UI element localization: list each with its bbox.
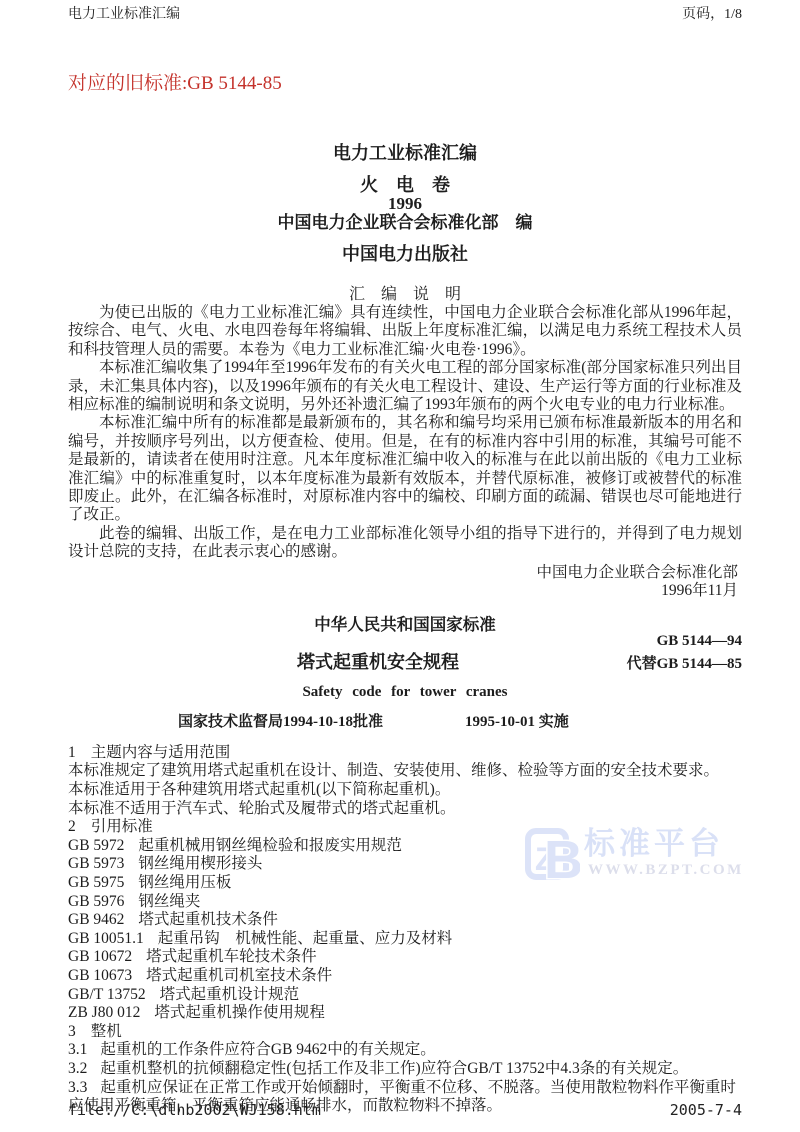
- section-heading-row: 3整机: [68, 1023, 742, 1042]
- reference-item: GB 5976钢丝绳夹: [68, 893, 742, 912]
- approval-row: 国家技术监督局1994-10-18批准 1995-10-01 实施: [68, 714, 742, 731]
- signature-org: 中国电力企业联合会标准化部: [68, 564, 738, 583]
- standard-header: 中华人民共和国国家标准 GB 5144—94 塔式起重机安全规程 代替GB 51…: [68, 615, 742, 731]
- ref-code: GB 10672: [68, 948, 132, 965]
- ref-code: GB 5973: [68, 855, 124, 872]
- reference-item: GB 5973钢丝绳用楔形接头: [68, 855, 742, 874]
- section-heading: 引用标准: [91, 818, 153, 835]
- section-line: 本标准规定了建筑用塔式起重机在设计、制造、安装使用、维修、检验等方面的安全技术要…: [68, 762, 742, 781]
- ref-title: 起重吊钩 机械性能、起重量、应力及材料: [158, 930, 453, 947]
- ref-title: 钢丝绳用楔形接头: [138, 855, 262, 872]
- ref-title: 钢丝绳夹: [138, 893, 200, 910]
- implementation-note: 1995-10-01 实施: [465, 714, 569, 731]
- reference-item: GB 5972起重机械用钢丝绳检验和报废实用规范: [68, 837, 742, 856]
- clause-item: 3.3起重机应保证在正常工作或开始倾翻时，平衡重不位移、不脱落。当使用散粒物料作…: [68, 1079, 742, 1116]
- ref-code: GB 9462: [68, 911, 124, 928]
- section-heading: 主题内容与适用范围: [91, 744, 231, 761]
- volume-title: 火 电 卷: [68, 175, 742, 195]
- ref-code: GB 5975: [68, 874, 124, 891]
- section-heading-row: 1主题内容与适用范围: [68, 744, 742, 763]
- ref-code: GB 10673: [68, 967, 132, 984]
- standard-replaces: 代替GB 5144—85: [627, 655, 742, 674]
- section-heading: 整机: [91, 1023, 122, 1040]
- edition-year: 1996: [68, 195, 742, 213]
- clause-item: 3.2起重机整机的抗倾翻稳定性(包括工作及非工作)应符合GB/T 13752中4…: [68, 1060, 742, 1079]
- clause-item: 3.1起重机的工作条件应符合GB 9462中的有关规定。: [68, 1041, 742, 1060]
- compilation-paragraph: 本标准汇编收集了1994年至1996年发布的有关火电工程的部分国家标准(部分国家…: [68, 359, 742, 414]
- ref-code: ZB J80 012: [68, 1004, 140, 1021]
- document-body: 电力工业标准汇编 火 电 卷 1996 中国电力企业联合会标准化部 编 中国电力…: [68, 138, 742, 1116]
- reference-item: ZB J80 012塔式起重机操作使用规程: [68, 1004, 742, 1023]
- document-page: 电力工业标准汇编 页码，1/8 对应的旧标准:GB 5144-85 电力工业标准…: [0, 0, 800, 1132]
- section-heading-row: 2引用标准: [68, 818, 742, 837]
- reference-item: GB 10672塔式起重机车轮技术条件: [68, 948, 742, 967]
- section-number: 1: [68, 744, 76, 761]
- ref-code: GB 5972: [68, 837, 124, 854]
- reference-item: GB 5975钢丝绳用压板: [68, 874, 742, 893]
- running-header: 电力工业标准汇编 页码，1/8: [68, 6, 742, 24]
- clause-number: 3.2: [68, 1060, 87, 1077]
- standard-title-row: 塔式起重机安全规程 代替GB 5144—85: [68, 652, 742, 674]
- signature-block: 中国电力企业联合会标准化部 1996年11月: [68, 564, 742, 601]
- signature-date: 1996年11月: [68, 582, 738, 601]
- compilation-paragraph: 为使已出版的《电力工业标准汇编》具有连续性，中国电力企业联合会标准化部从1996…: [68, 304, 742, 359]
- clause-number: 3.3: [68, 1079, 87, 1096]
- reference-item: GB 10673塔式起重机司机室技术条件: [68, 967, 742, 986]
- editor-line: 中国电力企业联合会标准化部 编: [68, 213, 742, 233]
- publisher: 中国电力出版社: [68, 244, 742, 264]
- ref-title: 塔式起重机操作使用规程: [154, 1004, 325, 1021]
- standard-title-cn: 塔式起重机安全规程: [297, 652, 459, 673]
- reference-item: GB 9462塔式起重机技术条件: [68, 911, 742, 930]
- page-number: 页码，1/8: [682, 6, 742, 24]
- compilation-paragraph: 本标准汇编中所有的标准都是最新颁布的，其名称和编号均采用已颁布标准最新版本的用名…: [68, 414, 742, 524]
- header-title: 电力工业标准汇编: [68, 6, 180, 24]
- old-standard-note: 对应的旧标准:GB 5144-85: [68, 72, 282, 96]
- ref-title: 塔式起重机司机室技术条件: [146, 967, 332, 984]
- ref-title: 塔式起重机车轮技术条件: [146, 948, 317, 965]
- section-line: 本标准不适用于汽车式、轮胎式及履带式的塔式起重机。: [68, 800, 742, 819]
- clause-number: 3.1: [68, 1041, 87, 1058]
- reference-item: GB 10051.1起重吊钩 机械性能、起重量、应力及材料: [68, 930, 742, 949]
- standard-sections: 1主题内容与适用范围 本标准规定了建筑用塔式起重机在设计、制造、安装使用、维修、…: [68, 744, 742, 1116]
- ref-title: 塔式起重机技术条件: [138, 911, 278, 928]
- standard-code: GB 5144—94: [68, 633, 742, 650]
- clause-text: 起重机应保证在正常工作或开始倾翻时，平衡重不位移、不脱落。当使用散粒物料作平衡重…: [68, 1079, 736, 1115]
- section-number: 2: [68, 818, 76, 835]
- clause-text: 起重机整机的抗倾翻稳定性(包括工作及非工作)应符合GB/T 13752中4.3条…: [100, 1060, 688, 1077]
- section-line: 本标准适用于各种建筑用塔式起重机(以下简称起重机)。: [68, 781, 742, 800]
- ref-title: 钢丝绳用压板: [138, 874, 231, 891]
- series-title: 电力工业标准汇编: [68, 143, 742, 163]
- ref-code: GB 10051.1: [68, 930, 144, 947]
- approval-note: 国家技术监督局1994-10-18批准: [178, 714, 383, 731]
- compilation-paragraph: 此卷的编辑、出版工作，是在电力工业部标准化领导小组的指导下进行的，并得到了电力规…: [68, 525, 742, 562]
- standard-title-en: Safety code for tower cranes: [68, 683, 742, 701]
- national-standard-title: 中华人民共和国国家标准: [68, 615, 742, 635]
- ref-code: GB 5976: [68, 893, 124, 910]
- clause-text: 起重机的工作条件应符合GB 9462中的有关规定。: [100, 1041, 435, 1058]
- reference-item: GB/T 13752塔式起重机设计规范: [68, 986, 742, 1005]
- ref-code: GB/T 13752: [68, 986, 146, 1003]
- compilation-heading: 汇 编 说 明: [68, 285, 742, 304]
- ref-title: 起重机械用钢丝绳检验和报废实用规范: [138, 837, 402, 854]
- section-number: 3: [68, 1023, 76, 1040]
- ref-title: 塔式起重机设计规范: [160, 986, 300, 1003]
